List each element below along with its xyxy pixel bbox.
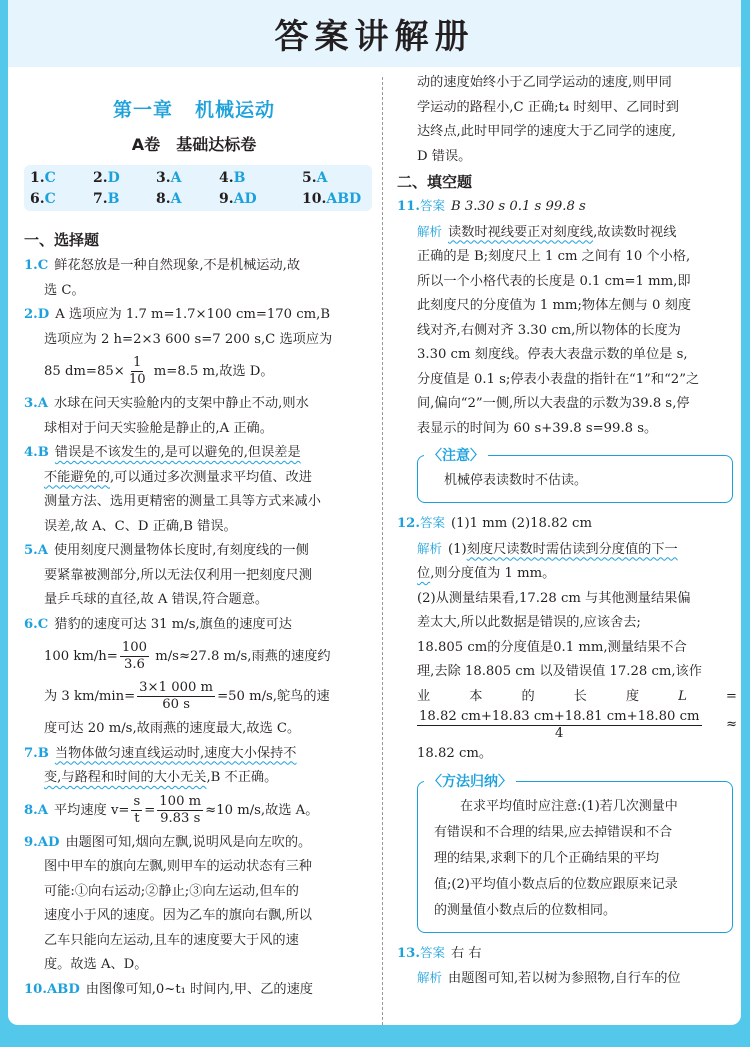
text-span: 要紧靠被测部分,所以无法仅利用一把刻度尺测 bbox=[24, 564, 374, 589]
text-span: 本 bbox=[469, 685, 482, 710]
text-span: ≈10 m/s,故选 A。 bbox=[205, 803, 318, 818]
text-span: 变,与路程和时间的大小无关,B 不正确。 bbox=[24, 766, 374, 791]
text-span: 4.B错误是不该发生的,是可以避免的,但误差是 bbox=[24, 441, 374, 466]
text-span: B bbox=[108, 191, 120, 207]
text-span: ,B 不正确。 bbox=[206, 770, 277, 785]
answer-key-item: 5.A bbox=[302, 170, 382, 186]
text-span: 3×1 000 m bbox=[137, 680, 215, 697]
key-point-underline: 变,与路程和时间的大小无关 bbox=[44, 770, 206, 785]
question-10-continued: 动的速度始终小于乙同学运动的速度,则甲同 学运动的路程小,C 正确;t₄ 时刻甲… bbox=[391, 71, 741, 169]
text-span: 表显示的时间为 60 s+39.8 s=99.8 s。 bbox=[391, 417, 741, 442]
text-span: m/s≈27.8 m/s,雨燕的速度约 bbox=[151, 649, 331, 664]
text-span: 学运动的路程小,C 正确;t₄ 时刻甲、乙同时到 bbox=[391, 96, 741, 121]
text-span: D bbox=[108, 170, 120, 186]
fraction: 3×1 000 m60 s bbox=[137, 680, 215, 713]
text-span: 由题图可知,若以树为参照物,自行车的位 bbox=[448, 971, 681, 986]
question-13: 13.答案右 右 解析由题图可知,若以树为参照物,自行车的位 bbox=[391, 941, 741, 992]
text-span: 8.A平均速度 v=st=100 m9.83 s≈10 m/s,故选 A。 bbox=[24, 791, 374, 831]
text-span: 8.A bbox=[24, 803, 48, 818]
answer-key-item: 9.AD bbox=[219, 191, 302, 207]
text-span: 选 C。 bbox=[24, 279, 374, 304]
text-span: ≈ bbox=[726, 713, 737, 738]
text-span: 机械停表读数时不估读。 bbox=[434, 468, 722, 494]
question-11: 11.答案B 3.30 s 0.1 s 99.8 s 解析读数时视线要正对刻度线… bbox=[391, 194, 741, 441]
text-span: 1.C鲜花怒放是一种自然现象,不是机械运动,故 bbox=[24, 254, 374, 279]
text-span: 100 km/h= bbox=[44, 649, 118, 664]
text-span: 13.答案右 右 bbox=[391, 941, 741, 967]
answer-key-grid: 1.C 2.D 3.A 4.B 5.A 6.C 7.B 8.A 9.AD 10.… bbox=[24, 165, 372, 211]
text-span: 4 bbox=[553, 726, 565, 742]
text-span: 18.82 cm。 bbox=[391, 742, 741, 767]
text-span: ,可以通过多次测量求平均值、改进 bbox=[110, 470, 312, 485]
text-span: 答案 bbox=[420, 515, 445, 530]
answer-key-item: 7.B bbox=[93, 191, 156, 207]
text-span: 差太大,所以此数据是错误的,应该舍去; bbox=[391, 611, 741, 636]
text-span: L bbox=[678, 685, 687, 710]
text-span: 不能避免的,可以通过多次测量求平均值、改进 bbox=[24, 466, 374, 491]
fraction: 110 bbox=[127, 355, 148, 388]
chapter-title: 第一章机械运动 bbox=[14, 95, 374, 122]
page-header: 答案讲解册 bbox=[8, 0, 741, 67]
fraction: 18.82 cm+18.83 cm+18.81 cm+18.80 cm4 bbox=[417, 709, 702, 742]
text-span: t bbox=[132, 811, 141, 827]
text-span: 选项应为 2 h=2×3 600 s=7 200 s,C 选项应为 bbox=[24, 328, 374, 353]
left-column: 第一章机械运动 A卷基础达标卷 1.C 2.D 3.A 4.B 5.A 6.C … bbox=[14, 67, 374, 1002]
text-span: 85 dm=85×110 m=8.5 m,故选 D。 bbox=[24, 352, 374, 392]
text-span: 线对齐,右侧对齐 3.30 cm,所以物体的长度为 bbox=[391, 319, 741, 344]
text-span: 9.AD bbox=[24, 835, 59, 850]
note-body: 机械停表读数时不估读。 bbox=[434, 468, 722, 494]
page-title: 答案讲解册 bbox=[275, 9, 475, 58]
text-span: 理,去除 18.805 cm 以及错误值 17.28 cm,该作 bbox=[391, 660, 741, 685]
page-frame: 答案讲解册 第一章机械运动 A卷基础达标卷 1.C 2.D 3.A 4.B 5.… bbox=[8, 0, 741, 1025]
section-title-choice: 一、选择题 bbox=[24, 229, 374, 250]
text-span: ABD bbox=[326, 191, 361, 207]
question-7: 7.B当物体做匀速直线运动时,速度大小保持不 变,与路程和时间的大小无关,B 不… bbox=[14, 742, 374, 791]
question-5: 5.A使用刻度尺测量物体长度时,有刻度线的一侧 要紧靠被测部分,所以无法仅利用一… bbox=[14, 539, 374, 613]
text-span: 使用刻度尺测量物体长度时,有刻度线的一侧 bbox=[54, 543, 309, 558]
text-span: 100 km/h=1003.6 m/s≈27.8 m/s,雨燕的速度约 bbox=[24, 637, 374, 677]
answer-key-item: 4.B bbox=[219, 170, 302, 186]
text-span: 7.B当物体做匀速直线运动时,速度大小保持不 bbox=[24, 742, 374, 767]
right-column: 动的速度始终小于乙同学运动的速度,则甲同 学运动的路程小,C 正确;t₄ 时刻甲… bbox=[391, 67, 741, 992]
text-span: = bbox=[726, 685, 737, 710]
text-span: 5.A bbox=[24, 543, 48, 558]
text-span: 解析 bbox=[417, 541, 442, 556]
text-span: 18.82 cm+18.83 cm+18.81 cm+18.80 cm bbox=[417, 709, 702, 726]
answer-key-item: 6.C bbox=[30, 191, 93, 207]
text-span: 10. bbox=[302, 191, 326, 207]
text-span: 2.DA 选项应为 1.7 m=1.7×100 cm=170 cm,B bbox=[24, 303, 374, 328]
text-span: 10.ABD bbox=[24, 982, 80, 997]
text-span: 量乒乓球的直径,故 A 错误,符合题意。 bbox=[24, 588, 374, 613]
method-tag: 〈方法归纳〉 bbox=[424, 771, 516, 791]
text-span: 3.6 bbox=[122, 657, 147, 673]
text-span: 3.30 cm 刻度线。停表大表盘示数的单位是 s, bbox=[391, 343, 741, 368]
text-span: A bbox=[317, 170, 328, 186]
text-span: 解析 bbox=[417, 224, 442, 239]
text-span: 4.B bbox=[24, 445, 49, 460]
text-span: 有错误和不合理的结果,应去掉错误和不合 bbox=[434, 820, 722, 846]
question-10: 10.ABD由图像可知,0~t₁ 时间内,甲、乙的速度 bbox=[14, 978, 374, 1003]
text-span: = bbox=[144, 803, 155, 818]
note-tag: 〈注意〉 bbox=[424, 445, 488, 465]
text-span: 误差,故 A、C、D 正确,B 错误。 bbox=[24, 515, 374, 540]
text-span: 答案 bbox=[420, 198, 445, 213]
text-span: 5. bbox=[302, 170, 317, 186]
text-span: B 3.30 s 0.1 s 99.8 s bbox=[451, 199, 586, 214]
text-span: AD bbox=[234, 191, 257, 207]
text-span: 间,偏向“2”一侧,所以大表盘的示数为39.8 s,停 bbox=[391, 392, 741, 417]
text-span: 达终点,此时甲同学的速度大于乙同学的速度, bbox=[391, 120, 741, 145]
text-span: 度可达 20 m/s,故雨燕的速度最大,故选 C。 bbox=[24, 717, 374, 742]
text-span: 猎豹的速度可达 31 m/s,旗鱼的速度可达 bbox=[54, 617, 292, 632]
text-span: 12.答案(1)1 mm (2)18.82 cm bbox=[391, 511, 741, 537]
text-span: 1. bbox=[30, 170, 45, 186]
text-span: 1 bbox=[131, 355, 143, 372]
text-span: 9.AD由题图可知,烟向左飘,说明风是向左吹的。 bbox=[24, 831, 374, 856]
text-span: 值;(2)平均值小数点后的位数应跟原来记录 bbox=[434, 872, 722, 898]
question-1: 1.C鲜花怒放是一种自然现象,不是机械运动,故 选 C。 bbox=[14, 254, 374, 303]
text-span: 图中甲车的旗向左飘,则甲车的运动状态有三种 bbox=[24, 855, 374, 880]
justified-line: 业本的长度L= bbox=[391, 685, 741, 710]
note-box: 〈注意〉 机械停表读数时不估读。 bbox=[417, 455, 733, 503]
chapter-name: 机械运动 bbox=[195, 99, 275, 121]
text-span: 右 右 bbox=[451, 946, 482, 961]
text-span: D 错误。 bbox=[391, 145, 741, 170]
question-9: 9.AD由题图可知,烟向左飘,说明风是向左吹的。 图中甲车的旗向左飘,则甲车的运… bbox=[14, 831, 374, 978]
text-span: 解析(1)刻度尺读数时需估读到分度值的下一 bbox=[391, 537, 741, 563]
text-span: (1)1 mm (2)18.82 cm bbox=[451, 516, 592, 531]
text-span: 位,则分度值为 1 mm。 bbox=[391, 562, 741, 587]
text-span: 11.答案B 3.30 s 0.1 s 99.8 s bbox=[391, 194, 741, 220]
answer-key-item: 10.ABD bbox=[302, 191, 382, 207]
text-span: 3. bbox=[156, 170, 171, 186]
text-span: 11. bbox=[397, 199, 420, 214]
text-span: 9.83 s bbox=[158, 811, 202, 827]
text-span: 10.ABD由图像可知,0~t₁ 时间内,甲、乙的速度 bbox=[24, 978, 374, 1003]
text-span: 3.A水球在问天实验舱内的支架中静止不动,则水 bbox=[24, 392, 374, 417]
answer-key-item: 3.A bbox=[156, 170, 219, 186]
paper-name: 基础达标卷 bbox=[176, 135, 256, 154]
text-span: 速度小于风的速度。因为乙车的旗向右飘,所以 bbox=[24, 904, 374, 929]
text-span: 9. bbox=[219, 191, 234, 207]
text-span: C bbox=[45, 170, 56, 186]
text-span: 60 s bbox=[160, 697, 192, 713]
text-span: 6.C猎豹的速度可达 31 m/s,旗鱼的速度可达 bbox=[24, 613, 374, 638]
text-span: (1) bbox=[448, 542, 467, 557]
text-span: 解析 bbox=[417, 970, 442, 985]
column-divider bbox=[382, 77, 383, 1025]
text-span: 为 3 km/min= bbox=[44, 689, 135, 704]
text-span: 10 bbox=[127, 372, 148, 388]
text-span: 6. bbox=[30, 191, 45, 207]
text-span: 分度值是 0.1 s;停表小表盘的指针在“1”和“2”之 bbox=[391, 368, 741, 393]
section-title-fill: 二、填空题 bbox=[397, 171, 741, 192]
fraction: 100 m9.83 s bbox=[157, 794, 203, 827]
text-span: 3.A bbox=[24, 396, 48, 411]
text-span: 由题图可知,烟向左飘,说明风是向左吹的。 bbox=[65, 835, 311, 850]
key-point-underline: 位 bbox=[417, 566, 430, 581]
text-span: 度 bbox=[626, 685, 639, 710]
key-point-underline: 刻度尺读数时需估读到分度值的下一 bbox=[467, 542, 678, 557]
answer-key-item: 1.C bbox=[30, 170, 93, 186]
chapter-number: 第一章 bbox=[113, 99, 173, 121]
text-span: 水球在问天实验舱内的支架中静止不动,则水 bbox=[54, 396, 309, 411]
text-span: 鲜花怒放是一种自然现象,不是机械运动,故 bbox=[54, 258, 300, 273]
text-span: 在求平均值时应注意:(1)若几次测量中 bbox=[434, 794, 722, 820]
text-span: ,则分度值为 1 mm。 bbox=[430, 566, 555, 581]
question-8: 8.A平均速度 v=st=100 m9.83 s≈10 m/s,故选 A。 bbox=[14, 791, 374, 831]
key-point-underline: 当物体做匀速直线运动时,速度大小保持不 bbox=[55, 746, 297, 761]
text-span: 的 bbox=[521, 685, 534, 710]
paper-title: A卷基础达标卷 bbox=[14, 132, 374, 155]
text-span: 2. bbox=[93, 170, 108, 186]
text-span: (2)从测量结果看,17.28 cm 与其他测量结果偏 bbox=[391, 587, 741, 612]
question-6: 6.C猎豹的速度可达 31 m/s,旗鱼的速度可达 100 km/h=1003.… bbox=[14, 613, 374, 742]
text-span: 6.C bbox=[24, 617, 48, 632]
text-span: 平均速度 v= bbox=[54, 803, 129, 818]
text-span: 7. bbox=[93, 191, 108, 207]
text-span: 7.B bbox=[24, 746, 49, 761]
fraction-line: 18.82 cm+18.83 cm+18.81 cm+18.80 cm4 ≈ bbox=[391, 709, 741, 742]
text-span: A bbox=[171, 191, 182, 207]
text-span: 度。故选 A、D。 bbox=[24, 953, 374, 978]
key-point-underline: 不能避免的 bbox=[44, 470, 110, 485]
text-span: 18.805 cm的分度值是0.1 mm,测量结果不合 bbox=[391, 636, 741, 661]
text-span: 的测量值小数点后的位数相同。 bbox=[434, 898, 722, 924]
paper-label: A卷 bbox=[132, 135, 160, 154]
text-span: A bbox=[171, 170, 182, 186]
text-span: 由图像可知,0~t₁ 时间内,甲、乙的速度 bbox=[86, 982, 313, 997]
text-span: ,故读数时视线 bbox=[593, 225, 676, 240]
text-span: 所以一个小格代表的长度是 0.1 cm=1 mm,即 bbox=[391, 270, 741, 295]
text-span: 4. bbox=[219, 170, 234, 186]
answer-key-item: 8.A bbox=[156, 191, 219, 207]
text-span: 100 bbox=[120, 640, 149, 657]
text-span: 测量方法、选用更精密的测量工具等方式来减小 bbox=[24, 490, 374, 515]
question-12: 12.答案(1)1 mm (2)18.82 cm 解析(1)刻度尺读数时需估读到… bbox=[391, 511, 741, 767]
text-span: B bbox=[234, 170, 246, 186]
text-span: A 选项应为 1.7 m=1.7×100 cm=170 cm,B bbox=[55, 307, 330, 322]
question-4: 4.B错误是不该发生的,是可以避免的,但误差是 不能避免的,可以通过多次测量求平… bbox=[14, 441, 374, 539]
question-2: 2.DA 选项应为 1.7 m=1.7×100 cm=170 cm,B 选项应为… bbox=[14, 303, 374, 392]
text-span: 13. bbox=[397, 946, 420, 961]
key-point-underline: 读数时视线要正对刻度线 bbox=[448, 225, 593, 240]
text-span: 解析由题图可知,若以树为参照物,自行车的位 bbox=[391, 966, 741, 992]
text-span: 为 3 km/min=3×1 000 m60 s=50 m/s,鸵鸟的速 bbox=[24, 677, 374, 717]
text-span: 长 bbox=[574, 685, 587, 710]
text-span: 动的速度始终小于乙同学运动的速度,则甲同 bbox=[391, 71, 741, 96]
text-span: 正确的是 B;刻度尺上 1 cm 之间有 10 个小格, bbox=[391, 245, 741, 270]
text-span: 球相对于问天实验舱是静止的,A 正确。 bbox=[24, 417, 374, 442]
text-span: 8. bbox=[156, 191, 171, 207]
text-span: 5.A使用刻度尺测量物体长度时,有刻度线的一侧 bbox=[24, 539, 374, 564]
text-span: 业 bbox=[417, 685, 430, 710]
text-span: 此刻度尺的分度值为 1 mm;物体左侧与 0 刻度 bbox=[391, 294, 741, 319]
answer-key-item: 2.D bbox=[93, 170, 156, 186]
text-span: 答案 bbox=[420, 945, 445, 960]
text-span: 解析读数时视线要正对刻度线,故读数时视线 bbox=[391, 220, 741, 246]
text-span: 2.D bbox=[24, 307, 49, 322]
text-span: 1.C bbox=[24, 258, 48, 273]
text-span: m=8.5 m,故选 D。 bbox=[150, 364, 274, 379]
fraction: 1003.6 bbox=[120, 640, 149, 673]
text-span: 可能:①向右运动;②静止;③向左运动,但车的 bbox=[24, 880, 374, 905]
text-span: 100 m bbox=[157, 794, 203, 811]
text-span: { "header": { "title": "答案讲解册" }, "chapt… bbox=[0, 0, 750, 1047]
text-span: =50 m/s,鸵鸟的速 bbox=[217, 689, 330, 704]
text-span: 12. bbox=[397, 516, 420, 531]
text-span: C bbox=[45, 191, 56, 207]
method-body: 在求平均值时应注意:(1)若几次测量中 有错误和不合理的结果,应去掉错误和不合 … bbox=[434, 794, 722, 924]
text-span: 85 dm=85× bbox=[44, 364, 125, 379]
text-span: 理的结果,求剩下的几个正确结果的平均 bbox=[434, 846, 722, 872]
key-point-underline: 错误是不该发生的,是可以避免的,但误差是 bbox=[55, 445, 301, 460]
text-span: s bbox=[131, 794, 142, 811]
text-span: 乙车只能向左运动,且车的速度要大于风的速 bbox=[24, 929, 374, 954]
fraction: st bbox=[131, 794, 142, 827]
content-columns: 第一章机械运动 A卷基础达标卷 1.C 2.D 3.A 4.B 5.A 6.C … bbox=[8, 67, 741, 1025]
method-summary-box: 〈方法归纳〉 在求平均值时应注意:(1)若几次测量中 有错误和不合理的结果,应去… bbox=[417, 781, 733, 933]
question-3: 3.A水球在问天实验舱内的支架中静止不动,则水 球相对于问天实验舱是静止的,A … bbox=[14, 392, 374, 441]
